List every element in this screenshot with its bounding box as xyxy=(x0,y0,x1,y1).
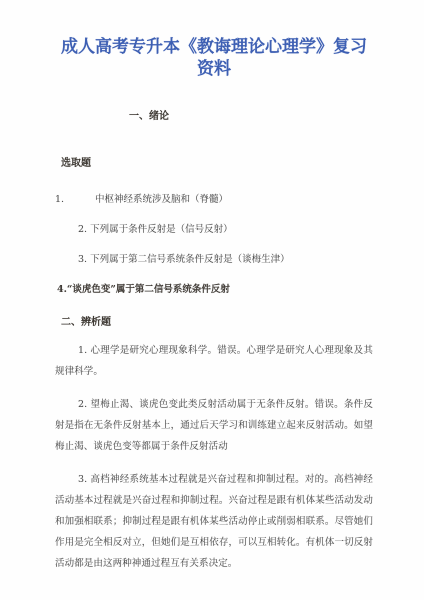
choice-item-4: 4.“谈虎色变”属于第二信号系统条件反射 xyxy=(55,283,373,296)
choice-item-2: 2. 下列属于条件反射是（信号反射） xyxy=(55,223,373,236)
choice-item-1: 1.中枢神经系统涉及脑和（脊髓） xyxy=(55,193,373,206)
section-heading-intro: 一、绪论 xyxy=(129,107,373,122)
page-title: 成人高考专升本《教诲理论心理学》复习资料 xyxy=(55,36,373,80)
choice-item-1-text: 中枢神经系统涉及脑和（脊髓） xyxy=(95,194,228,205)
analysis-paragraph-1: 1. 心理学是研究心理现象科学。错误。心理学是研究人心理现象及其规律科学。 xyxy=(55,340,373,382)
subheading-multiple-choice: 选取题 xyxy=(61,154,373,169)
analysis-paragraph-3: 3. 高档神经系统基本过程就是兴奋过程和抑制过程。对的。高档神经活动基本过程就是… xyxy=(55,469,373,574)
section-heading-analysis: 二、辨析题 xyxy=(61,313,373,328)
document-content: 成人高考专升本《教诲理论心理学》复习资料 一、绪论 选取题 1.中枢神经系统涉及… xyxy=(55,36,373,574)
analysis-paragraph-2: 2. 望梅止渴、谈虎色变此类反射活动属于无条件反射。错误。条件反射是指在无条件反… xyxy=(55,394,373,457)
choice-item-3: 3. 下列属于第二信号系统条件反射是（谈梅生津） xyxy=(55,253,373,266)
document-page: 成人高考专升本《教诲理论心理学》复习资料 一、绪论 选取题 1.中枢神经系统涉及… xyxy=(0,0,424,600)
choice-item-1-number: 1. xyxy=(55,193,95,206)
